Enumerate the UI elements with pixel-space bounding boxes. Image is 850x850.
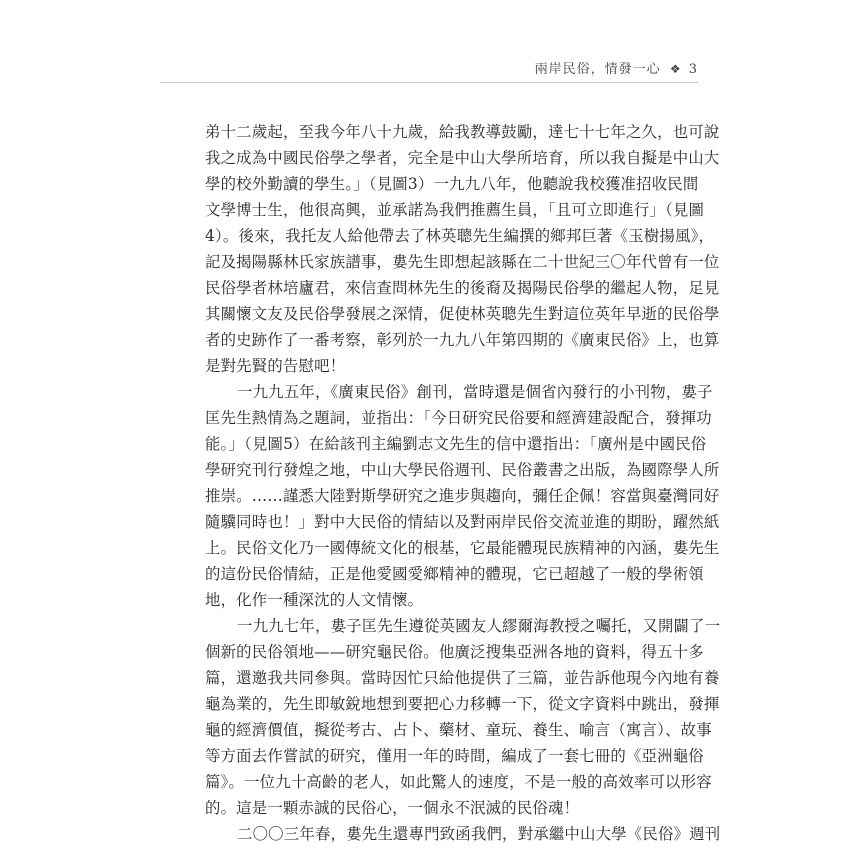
text-line: 龜的經濟價值，擬從考古、占卜、藥材、童玩、養生、喻言（寓言）、故事 <box>205 717 683 743</box>
ornament-icon: ❖ <box>670 62 682 76</box>
page-number: 3 <box>689 62 698 77</box>
text-line: 隨驥同時也！」對中大民俗的情結以及對兩岸民俗交流並進的期盼，躍然紙 <box>205 509 683 535</box>
paragraph-start-line: 一九九五年，《廣東民俗》創刊，當時還是個省內發行的小刊物，婁子 <box>205 379 683 405</box>
text-line: 地，化作一種深沈的人文情懷。 <box>205 587 683 613</box>
text-line: 上。民俗文化乃一國傳統文化的根基，它最能體現民族精神的內涵，婁先生 <box>205 535 683 561</box>
text-line: 個新的民俗領地——研究龜民俗。他廣泛搜集亞洲各地的資料，得五十多 <box>205 639 683 665</box>
text-line: 的。這是一顆赤誠的民俗心，一個永不泯滅的民俗魂！ <box>205 795 683 821</box>
text-line: 文學博士生，他很高興，並承諾為我們推薦生員，「且可立即進行」（見圖 <box>205 197 683 223</box>
book-page: 兩岸民俗，情發一心 ❖ 3 弟十二歲起，至我今年八十九歲，給我教導鼓勵，達七十七… <box>0 0 850 850</box>
text-line: 學研究刊行發煌之地，中山大學民俗週刊、民俗叢書之出版，為國際學人所 <box>205 457 683 483</box>
text-line: 4）。後來，我托友人給他帶去了林英聰先生編撰的鄉邦巨著《玉樹揚風》， <box>205 223 683 249</box>
text-line: 弟十二歲起，至我今年八十九歲，給我教導鼓勵，達七十七年之久，也可說 <box>205 119 683 145</box>
paragraph-start-line: 一九九七年，婁子匡先生遵從英國友人繆爾海教授之囑托，又開闢了一 <box>205 613 683 639</box>
header-title: 兩岸民俗，情發一心 <box>535 62 661 77</box>
text-line: 者的史跡作了一番考察，彰列於一九九八年第四期的《廣東民俗》上，也算 <box>205 327 683 353</box>
text-line: 篇，還邀我共同參與。當時因忙只給他提供了三篇，並告訴他現今內地有養 <box>205 665 683 691</box>
text-line: 龜為業的，先生即敏銳地想到要把心力移轉一下，從文字資料中跳出，發揮 <box>205 691 683 717</box>
text-line: 匡先生熱情為之題詞，並指出：「今日研究民俗要和經濟建設配合，發揮功 <box>205 405 683 431</box>
text-line: 篇》。一位九十高齡的老人，如此驚人的速度，不是一般的高效率可以形容 <box>205 769 683 795</box>
body-text: 弟十二歲起，至我今年八十九歲，給我教導鼓勵，達七十七年之久，也可說 我之成為中國… <box>205 119 683 847</box>
text-line: 是對先賢的告慰吧！ <box>205 353 683 379</box>
text-line: 能。」（見圖5）在給該刊主編劉志文先生的信中還指出：「廣州是中國民俗 <box>205 431 683 457</box>
text-line: 其關懷文友及民俗學發展之深情，促使林英聰先生對這位英年早逝的民俗學 <box>205 301 683 327</box>
text-line: 記及揭陽縣林氏家族譜事，婁先生即想起該縣在二十世紀三〇年代曾有一位 <box>205 249 683 275</box>
text-line: 民俗學者林培廬君，來信查問林先生的後裔及揭陽民俗學的繼起人物，足見 <box>205 275 683 301</box>
paragraph-start-line: 二〇〇三年春，婁先生還專門致函我們，對承繼中山大學《民俗》週刊 <box>205 821 683 847</box>
text-line: 我之成為中國民俗學之學者，完全是中山大學所培育，所以我自擬是中山大 <box>205 145 683 171</box>
text-line: 學的校外勤讀的學生。」（見圖3）一九九八年，他聽說我校獲准招收民間 <box>205 171 683 197</box>
text-line: 等方面去作嘗試的研究，僅用一年的時間，編成了一套七冊的《亞洲龜俗 <box>205 743 683 769</box>
running-header: 兩岸民俗，情發一心 ❖ 3 <box>160 60 698 83</box>
text-line: 的這份民俗情結，正是他愛國愛鄉精神的體現，它已超越了一般的學術領 <box>205 561 683 587</box>
text-line: 推崇。……謹悉大陸對斯學研究之進步與趨向，彌任企佩！容當與臺灣同好 <box>205 483 683 509</box>
